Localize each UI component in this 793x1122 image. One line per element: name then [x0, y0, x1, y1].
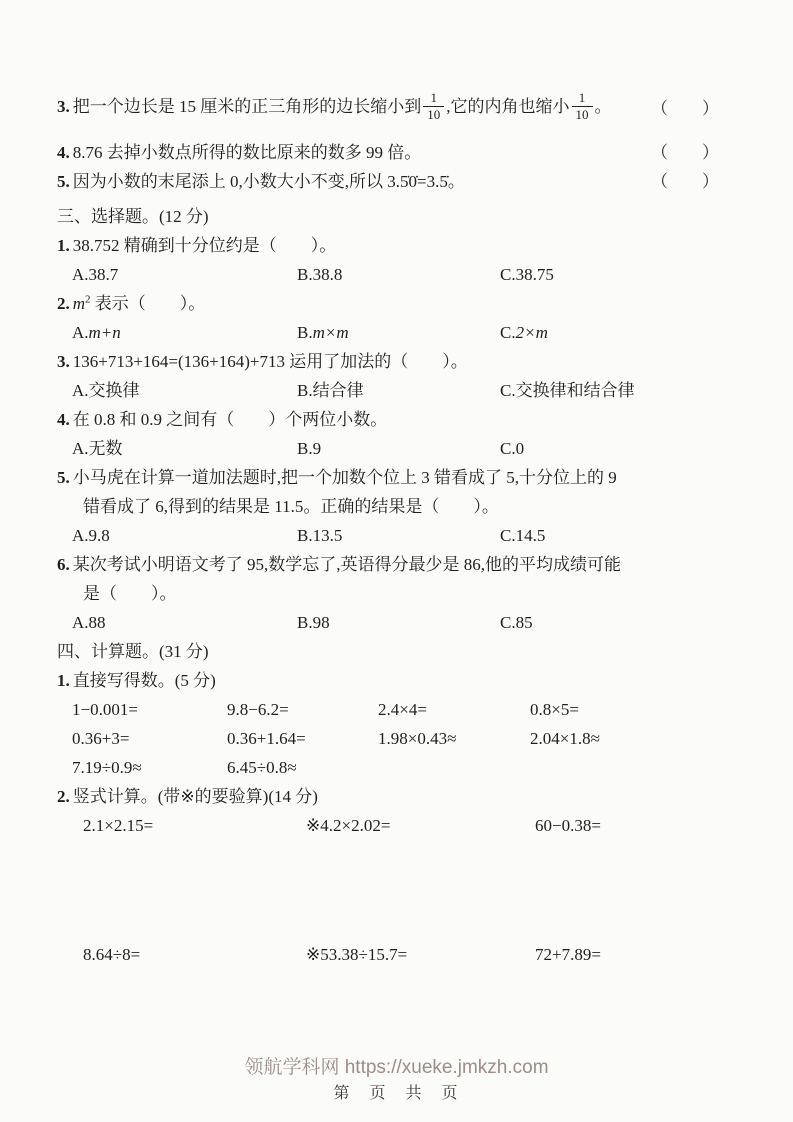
option-letter: B. [297, 323, 313, 342]
question-number: 5. [57, 468, 70, 487]
question-number: 2. [57, 294, 70, 313]
judge-q3-part2: ,它的内角也缩小 [446, 97, 569, 116]
calc-item: 0.36+1.64= [227, 724, 378, 753]
page-number-line: 第 页 共 页 [0, 1084, 793, 1104]
calc-item [530, 753, 735, 782]
judge-q5-body: 因为小数的末尾添上 0,小数大小不变,所以 3.5̇0̇=3.5̇。 [73, 172, 465, 191]
fraction-one-tenth: 110 [572, 91, 593, 121]
option-a: A.无数 [72, 434, 297, 463]
judge-question-3-text: 3.把一个边长是 15 厘米的正三角形的边长缩小到110,它的内角也缩小110。 [57, 92, 651, 123]
calc-item: 9.8−6.2= [227, 695, 378, 724]
vertical-calc-row-2: 8.64÷8= ※53.38÷15.7= 72+7.89= [57, 940, 735, 969]
calc-item: 1−0.001= [72, 695, 227, 724]
choice-q2-options: A.m+n B.m×m C.2×m [57, 318, 735, 347]
choice-q2-stem: 2.m2 表示（ ）。 [57, 289, 735, 318]
choice-q3-options: A.交换律 B.结合律 C.交换律和结合律 [57, 376, 735, 405]
choice-q5-stem: 5.小马虎在计算一道加法题时,把一个加数个位上 3 错看成了 5,十分位上的 9… [57, 463, 735, 521]
variable-m: m [73, 294, 85, 313]
choice-q6-line2: 是（ ）。 [83, 584, 177, 603]
fraction-one-tenth: 110 [423, 91, 444, 121]
calc-item: ※4.2×2.02= [306, 811, 535, 840]
question-number: 1. [57, 671, 70, 690]
option-a: A.m+n [72, 318, 297, 347]
judge-question-5: 5.因为小数的末尾添上 0,小数大小不变,所以 3.5̇0̇=3.5̇。 （ ） [57, 167, 735, 196]
choice-q4-text: 在 0.8 和 0.9 之间有（ ）个两位小数。 [73, 410, 388, 429]
judge-q3-part1: 把一个边长是 15 厘米的正三角形的边长缩小到 [73, 97, 422, 116]
option-c: C.38.75 [500, 260, 735, 289]
option-formula: 2×m [516, 323, 548, 342]
judge-question-5-text: 5.因为小数的末尾添上 0,小数大小不变,所以 3.5̇0̇=3.5̇。 [57, 167, 651, 196]
choice-q6-stem: 6.某次考试小明语文考了 95,数学忘了,英语得分最少是 86,他的平均成绩可能… [57, 550, 735, 608]
answer-bracket: （ ） [651, 138, 735, 167]
calc-sub1-heading: 1.直接写得数。(5 分) [57, 666, 735, 695]
calc-item: 0.8×5= [530, 695, 735, 724]
calc-sub2-heading: 2.竖式计算。(带※的要验算)(14 分) [57, 782, 735, 811]
choice-q5-options: A.9.8 B.13.5 C.14.5 [57, 521, 735, 550]
question-number: 4. [57, 143, 70, 162]
option-a: A.38.7 [72, 260, 297, 289]
question-number: 6. [57, 555, 70, 574]
vertical-calc-row-1: 2.1×2.15= ※4.2×2.02= 60−0.38= [57, 811, 735, 840]
judge-q4-body: 8.76 去掉小数点所得的数比原来的数多 99 倍。 [73, 143, 422, 162]
answer-bracket: （ ） [651, 167, 735, 196]
question-number: 4. [57, 410, 70, 429]
fraction-denominator: 10 [572, 106, 593, 122]
option-letter: A. [72, 323, 89, 342]
question-number: 5. [57, 172, 70, 191]
calc-item: 7.19÷0.9≈ [72, 753, 227, 782]
calc-item: 8.64÷8= [83, 940, 306, 969]
calc-section-heading: 四、计算题。(31 分) [57, 637, 735, 666]
option-c: C.85 [500, 608, 735, 637]
fraction-denominator: 10 [423, 106, 444, 122]
option-a: A.88 [72, 608, 297, 637]
calc-item: 6.45÷0.8≈ [227, 753, 378, 782]
calc-item: 72+7.89= [535, 940, 735, 969]
choice-q5-line2: 错看成了 6,得到的结果是 11.5。正确的结果是（ ）。 [83, 497, 499, 516]
fraction-numerator: 1 [423, 91, 444, 106]
judge-question-4: 4.8.76 去掉小数点所得的数比原来的数多 99 倍。 （ ） [57, 138, 735, 167]
option-c: C.0 [500, 434, 735, 463]
option-a: A.9.8 [72, 521, 297, 550]
calc-section: 四、计算题。(31 分) 1.直接写得数。(5 分) 1−0.001= 9.8−… [57, 637, 735, 969]
judge-question-3: 3.把一个边长是 15 厘米的正三角形的边长缩小到110,它的内角也缩小110。… [57, 84, 735, 132]
choice-section: 三、选择题。(12 分) 1.38.752 精确到十分位约是（ ）。 A.38.… [57, 202, 735, 637]
choice-q6-line1: 某次考试小明语文考了 95,数学忘了,英语得分最少是 86,他的平均成绩可能 [73, 555, 621, 574]
calc-item: 2.04×1.8≈ [530, 724, 735, 753]
question-number: 1. [57, 236, 70, 255]
question-number: 3. [57, 97, 70, 116]
calc-item: 2.4×4= [378, 695, 530, 724]
answer-bracket: （ ） [651, 94, 735, 123]
question-number: 2. [57, 787, 70, 806]
question-number: 3. [57, 352, 70, 371]
option-b: B.9 [297, 434, 500, 463]
option-c: C.交换律和结合律 [500, 376, 735, 405]
option-b: B.13.5 [297, 521, 500, 550]
mental-calc-grid: 1−0.001= 9.8−6.2= 2.4×4= 0.8×5= 0.36+3= … [57, 695, 735, 782]
choice-q3-stem: 3.136+713+164=(136+164)+713 运用了加法的（ ）。 [57, 347, 735, 376]
choice-q1-stem: 1.38.752 精确到十分位约是（ ）。 [57, 231, 735, 260]
choice-q5-line1: 小马虎在计算一道加法题时,把一个加数个位上 3 错看成了 5,十分位上的 9 [73, 468, 617, 487]
judge-question-4-text: 4.8.76 去掉小数点所得的数比原来的数多 99 倍。 [57, 138, 651, 167]
choice-q1-text: 38.752 精确到十分位约是（ ）。 [73, 236, 337, 255]
choice-q4-stem: 4.在 0.8 和 0.9 之间有（ ）个两位小数。 [57, 405, 735, 434]
option-formula: m+n [89, 323, 121, 342]
calc-item: 0.36+3= [72, 724, 227, 753]
calc-sub2-text: 竖式计算。(带※的要验算)(14 分) [73, 787, 318, 806]
calc-item [378, 753, 530, 782]
option-letter: C. [500, 323, 516, 342]
choice-q1-options: A.38.7 B.38.8 C.38.75 [57, 260, 735, 289]
option-b: B.m×m [297, 318, 500, 347]
calc-item: 1.98×0.43≈ [378, 724, 530, 753]
option-b: B.98 [297, 608, 500, 637]
calc-sub1-text: 直接写得数。(5 分) [73, 671, 216, 690]
watermark-site-link[interactable]: 领航学科网 https://xueke.jmkzh.com [0, 1056, 793, 1080]
calc-item: 60−0.38= [535, 811, 735, 840]
option-c: C.14.5 [500, 521, 735, 550]
exam-page: 3.把一个边长是 15 厘米的正三角形的边长缩小到110,它的内角也缩小110。… [0, 0, 793, 1122]
choice-q2-text: 表示（ ）。 [91, 294, 206, 313]
choice-q4-options: A.无数 B.9 C.0 [57, 434, 735, 463]
calc-item: ※53.38÷15.7= [306, 940, 535, 969]
choice-q3-text: 136+713+164=(136+164)+713 运用了加法的（ ）。 [73, 352, 468, 371]
option-a: A.交换律 [72, 376, 297, 405]
judge-q3-part3: 。 [595, 97, 612, 116]
calc-item: 2.1×2.15= [83, 811, 306, 840]
option-formula: m×m [313, 323, 349, 342]
judge-section: 3.把一个边长是 15 厘米的正三角形的边长缩小到110,它的内角也缩小110。… [57, 84, 735, 196]
option-c: C.2×m [500, 318, 735, 347]
fraction-numerator: 1 [572, 91, 593, 106]
option-b: B.38.8 [297, 260, 500, 289]
choice-q6-options: A.88 B.98 C.85 [57, 608, 735, 637]
option-b: B.结合律 [297, 376, 500, 405]
choice-section-heading: 三、选择题。(12 分) [57, 202, 735, 231]
